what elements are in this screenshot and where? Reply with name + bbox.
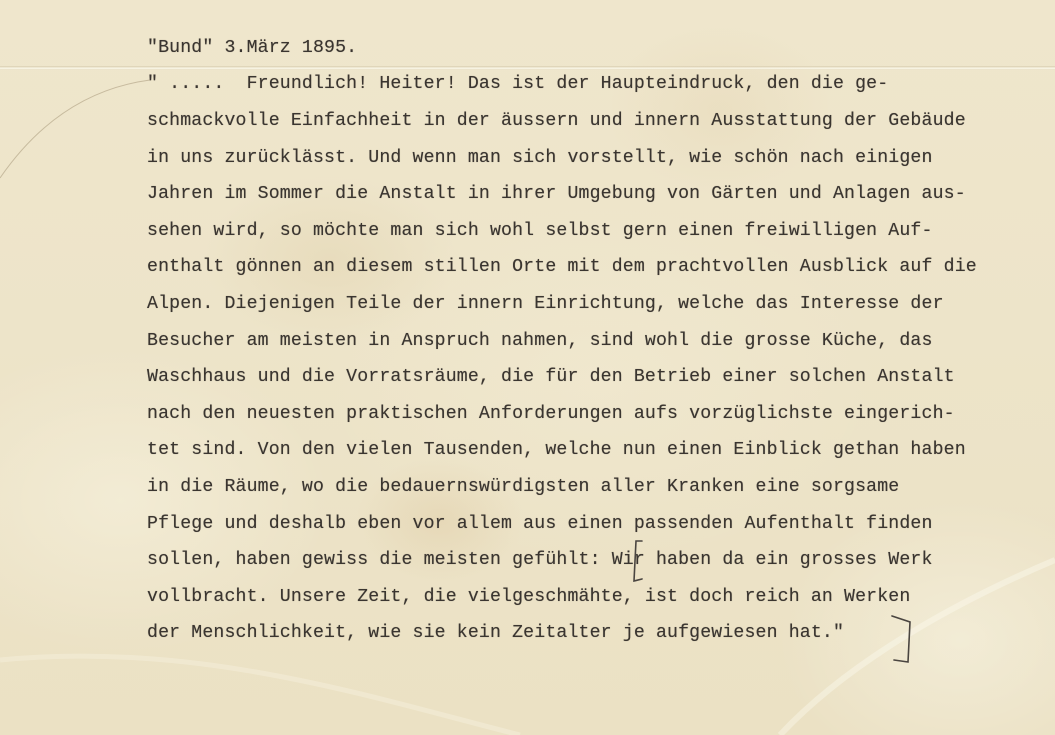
text-line: tet sind. Von den vielen Tausenden, welc…	[147, 438, 966, 462]
text-line: in die Räume, wo die bedauernswürdigsten…	[147, 475, 899, 499]
text-line: enthalt gönnen an diesem stillen Orte mi…	[147, 255, 977, 279]
text-line: Waschhaus und die Vorratsräume, die für …	[147, 365, 955, 389]
text-line: Jahren im Sommer die Anstalt in ihrer Um…	[147, 182, 966, 206]
text-line: Pflege und deshalb eben vor allem aus ei…	[147, 512, 933, 536]
text-line: sollen, haben gewiss die meisten gefühlt…	[147, 548, 933, 572]
text-line: vollbracht. Unsere Zeit, die vielgeschmä…	[147, 585, 910, 609]
text-line: nach den neuesten praktischen Anforderun…	[147, 402, 955, 426]
text-line: schmackvolle Einfachheit in der äussern …	[147, 109, 966, 133]
text-line: Alpen. Diejenigen Teile der innern Einri…	[147, 292, 944, 316]
paper-fold	[0, 66, 1055, 70]
text-line: Besucher am meisten in Anspruch nahmen, …	[147, 329, 933, 353]
document-heading: "Bund" 3.März 1895.	[147, 36, 357, 60]
text-line: " ..... Freundlich! Heiter! Das ist der …	[147, 72, 888, 96]
text-line: der Menschlichkeit, wie sie kein Zeitalt…	[147, 621, 844, 645]
text-line: in uns zurücklässt. Und wenn man sich vo…	[147, 146, 933, 170]
text-line: sehen wird, so möchte man sich wohl selb…	[147, 219, 933, 243]
